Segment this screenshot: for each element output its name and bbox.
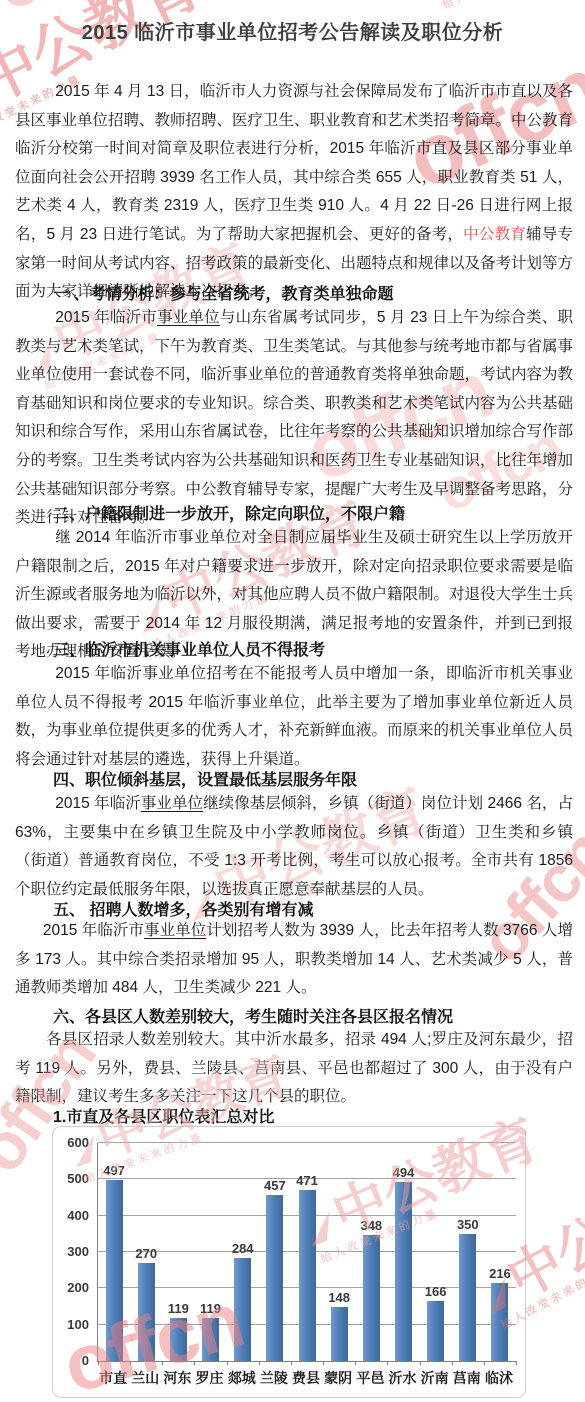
page-title: 2015 临沂市事业单位招考公告解读及职位分析 <box>0 16 585 45</box>
chart-value-label: 284 <box>232 1242 254 1256</box>
chart-bar <box>266 1195 283 1361</box>
chart-bar-group: 119 <box>162 1143 194 1361</box>
chart-value-label: 457 <box>264 1179 286 1193</box>
paragraph-section-5: 2015 年临沂市事业单位计划招考人数为 3939 人，比去年招考人数 3766… <box>15 917 573 1003</box>
paragraph-section-4: 2015 年临沂事业单位继续像基层倾斜，乡镇（街道）岗位计划 2466 名，占 … <box>15 790 573 904</box>
chart-value-label: 497 <box>103 1164 125 1178</box>
chart-y-tick-label: 100 <box>53 1318 89 1332</box>
chart-x-tick <box>98 1361 99 1365</box>
paragraph-section-3: 2015 年临沂事业单位招考在不能报考人员中增加一条，即临沂市机关事业单位人员不… <box>15 660 573 774</box>
chart-category-label: 蒙阴 <box>322 1368 354 1388</box>
chart-bar <box>459 1234 476 1361</box>
chart-bar-group: 148 <box>323 1143 355 1361</box>
section-heading-6: 六、各县区人数差别较大，考生随时关注各县区报名情况 <box>53 1004 573 1027</box>
chart-bar-group: 119 <box>194 1143 226 1361</box>
s1-text-post: 与山东省属考试同步，5 月 23 日上午为综合类、职教类与艺术类笔试，下午为教育… <box>15 309 573 526</box>
s5-text-pre: 2015 年临沂市 <box>43 922 144 939</box>
link-shiye-danwei[interactable]: 事业单位 <box>141 795 203 812</box>
chart-bar-group: 270 <box>130 1143 162 1361</box>
chart-category-label: 莒南 <box>451 1368 483 1388</box>
chart-x-tick <box>484 1361 485 1365</box>
chart-value-label: 270 <box>135 1247 157 1261</box>
chart-category-label: 费县 <box>290 1368 322 1388</box>
section-heading-3: 三、临沂市机关事业单位人员不得报考 <box>53 637 573 660</box>
chart-bar <box>395 1182 412 1361</box>
chart-bar <box>202 1318 219 1361</box>
chart-value-label: 166 <box>425 1285 447 1299</box>
s4-text-pre: 2015 年临沂 <box>55 795 141 812</box>
chart-bar-group: 216 <box>484 1143 516 1361</box>
chart-bar-group: 494 <box>387 1143 419 1361</box>
chart-bar <box>427 1301 444 1361</box>
chart-y-tick-label: 400 <box>53 1209 89 1223</box>
chart-bar <box>491 1283 508 1361</box>
chart-x-tick <box>516 1361 517 1365</box>
chart-bar-group: 166 <box>420 1143 452 1361</box>
section-heading-4: 四、职位倾斜基层，设置最低基层服务年限 <box>53 767 573 790</box>
chart-category-label: 沂水 <box>386 1368 418 1388</box>
chart-bar <box>106 1180 123 1361</box>
chart-bar <box>363 1235 380 1361</box>
chart-y-tick-label: 0 <box>53 1354 89 1368</box>
chart-category-label: 河东 <box>161 1368 193 1388</box>
section-heading-1: 一 、考情分析：参与全省统考，教育类单独命题 <box>53 281 573 304</box>
intro-text-pre: 2015 年 4 月 13 日，临沂市人力资源与社会保障局发布了临沂市市直以及各… <box>15 83 573 243</box>
chart-bar <box>331 1307 348 1361</box>
intro-text-brand-red: 中公教育 <box>463 226 526 243</box>
chart-category-label: 罗庄 <box>193 1368 225 1388</box>
chart-category-label: 兰山 <box>129 1368 161 1388</box>
chart-bar-group: 457 <box>259 1143 291 1361</box>
chart-y-tick-label: 500 <box>53 1172 89 1186</box>
chart-x-tick <box>355 1361 356 1365</box>
chart-plot: 497270119119284457471148348494166350216 <box>97 1143 516 1362</box>
chart-value-label: 119 <box>200 1302 221 1316</box>
watermark-tagline-text: 给人改变未来的力量 <box>441 0 585 12</box>
chart-category-label: 郯城 <box>226 1368 258 1388</box>
chart-bar <box>138 1263 155 1361</box>
chart-x-tick <box>162 1361 163 1365</box>
chart-bar <box>234 1258 251 1361</box>
chart-value-label: 119 <box>168 1302 189 1316</box>
s1-text-pre: 2015 年临沂市 <box>55 309 157 326</box>
chart-y-tick-label: 300 <box>53 1245 89 1259</box>
chart-category-label: 兰陵 <box>258 1368 290 1388</box>
chart-x-tick <box>194 1361 195 1365</box>
chart-x-tick <box>291 1361 292 1365</box>
link-shiye-danwei[interactable]: 事业单位 <box>157 309 220 326</box>
chart-value-label: 148 <box>328 1291 350 1305</box>
chart-bar-group: 350 <box>452 1143 484 1361</box>
chart-x-tick <box>452 1361 453 1365</box>
chart-x-axis: 市直兰山河东罗庄郯城兰陵费县蒙阴平邑沂水沂南莒南临沭 <box>97 1368 515 1388</box>
watermark-zhonggong-logo: 中公教育给人改变未来的力量 <box>415 0 585 13</box>
chart-x-tick <box>323 1361 324 1365</box>
section-heading-2: 二、户籍限制进一步放开，除定向职位，不限户籍 <box>53 501 573 524</box>
chart-bar-group: 471 <box>291 1143 323 1361</box>
link-shiye-danwei[interactable]: 事业单位 <box>144 922 206 939</box>
paragraph-intro: 2015 年 4 月 13 日，临沂市人力资源与社会保障局发布了临沂市市直以及各… <box>15 78 573 307</box>
chart-bar-group: 497 <box>98 1143 130 1361</box>
chart-x-tick <box>130 1361 131 1365</box>
chart-category-label: 平邑 <box>354 1368 386 1388</box>
chart-category-label: 市直 <box>97 1368 129 1388</box>
chart-value-label: 216 <box>489 1267 511 1281</box>
chart-y-tick-label: 600 <box>53 1136 89 1150</box>
chart-x-tick <box>227 1361 228 1365</box>
chart-y-tick-label: 200 <box>53 1281 89 1295</box>
chart-bars-container: 497270119119284457471148348494166350216 <box>98 1143 516 1361</box>
chart-bar <box>170 1318 187 1361</box>
chart-x-tick <box>259 1361 260 1365</box>
chart-category-label: 临沭 <box>483 1368 515 1388</box>
chart-value-label: 348 <box>360 1219 382 1233</box>
paragraph-section-6: 各县区招录人数差别较大。其中沂水最多，招录 494 人;罗庄及河东最少，招考 1… <box>15 1026 573 1112</box>
chart-category-label: 沂南 <box>419 1368 451 1388</box>
chart-bar-group: 284 <box>227 1143 259 1361</box>
chart-bar-group: 348 <box>355 1143 387 1361</box>
paragraph-section-1: 2015 年临沂市事业单位与山东省属考试同步，5 月 23 日上午为综合类、职教… <box>15 304 573 533</box>
chart-value-label: 471 <box>296 1174 318 1188</box>
article-page: 2015 临沂市事业单位招考公告解读及职位分析 2015 年 4 月 13 日，… <box>0 0 585 1402</box>
chart-heading: 1.市直及各县区职位表汇总对比 <box>53 1104 274 1127</box>
bar-chart: 497270119119284457471148348494166350216 … <box>52 1126 526 1398</box>
chart-value-label: 494 <box>393 1166 415 1180</box>
chart-x-tick <box>387 1361 388 1365</box>
chart-bar <box>299 1190 316 1361</box>
chart-value-label: 350 <box>457 1218 479 1232</box>
chart-x-tick <box>420 1361 421 1365</box>
